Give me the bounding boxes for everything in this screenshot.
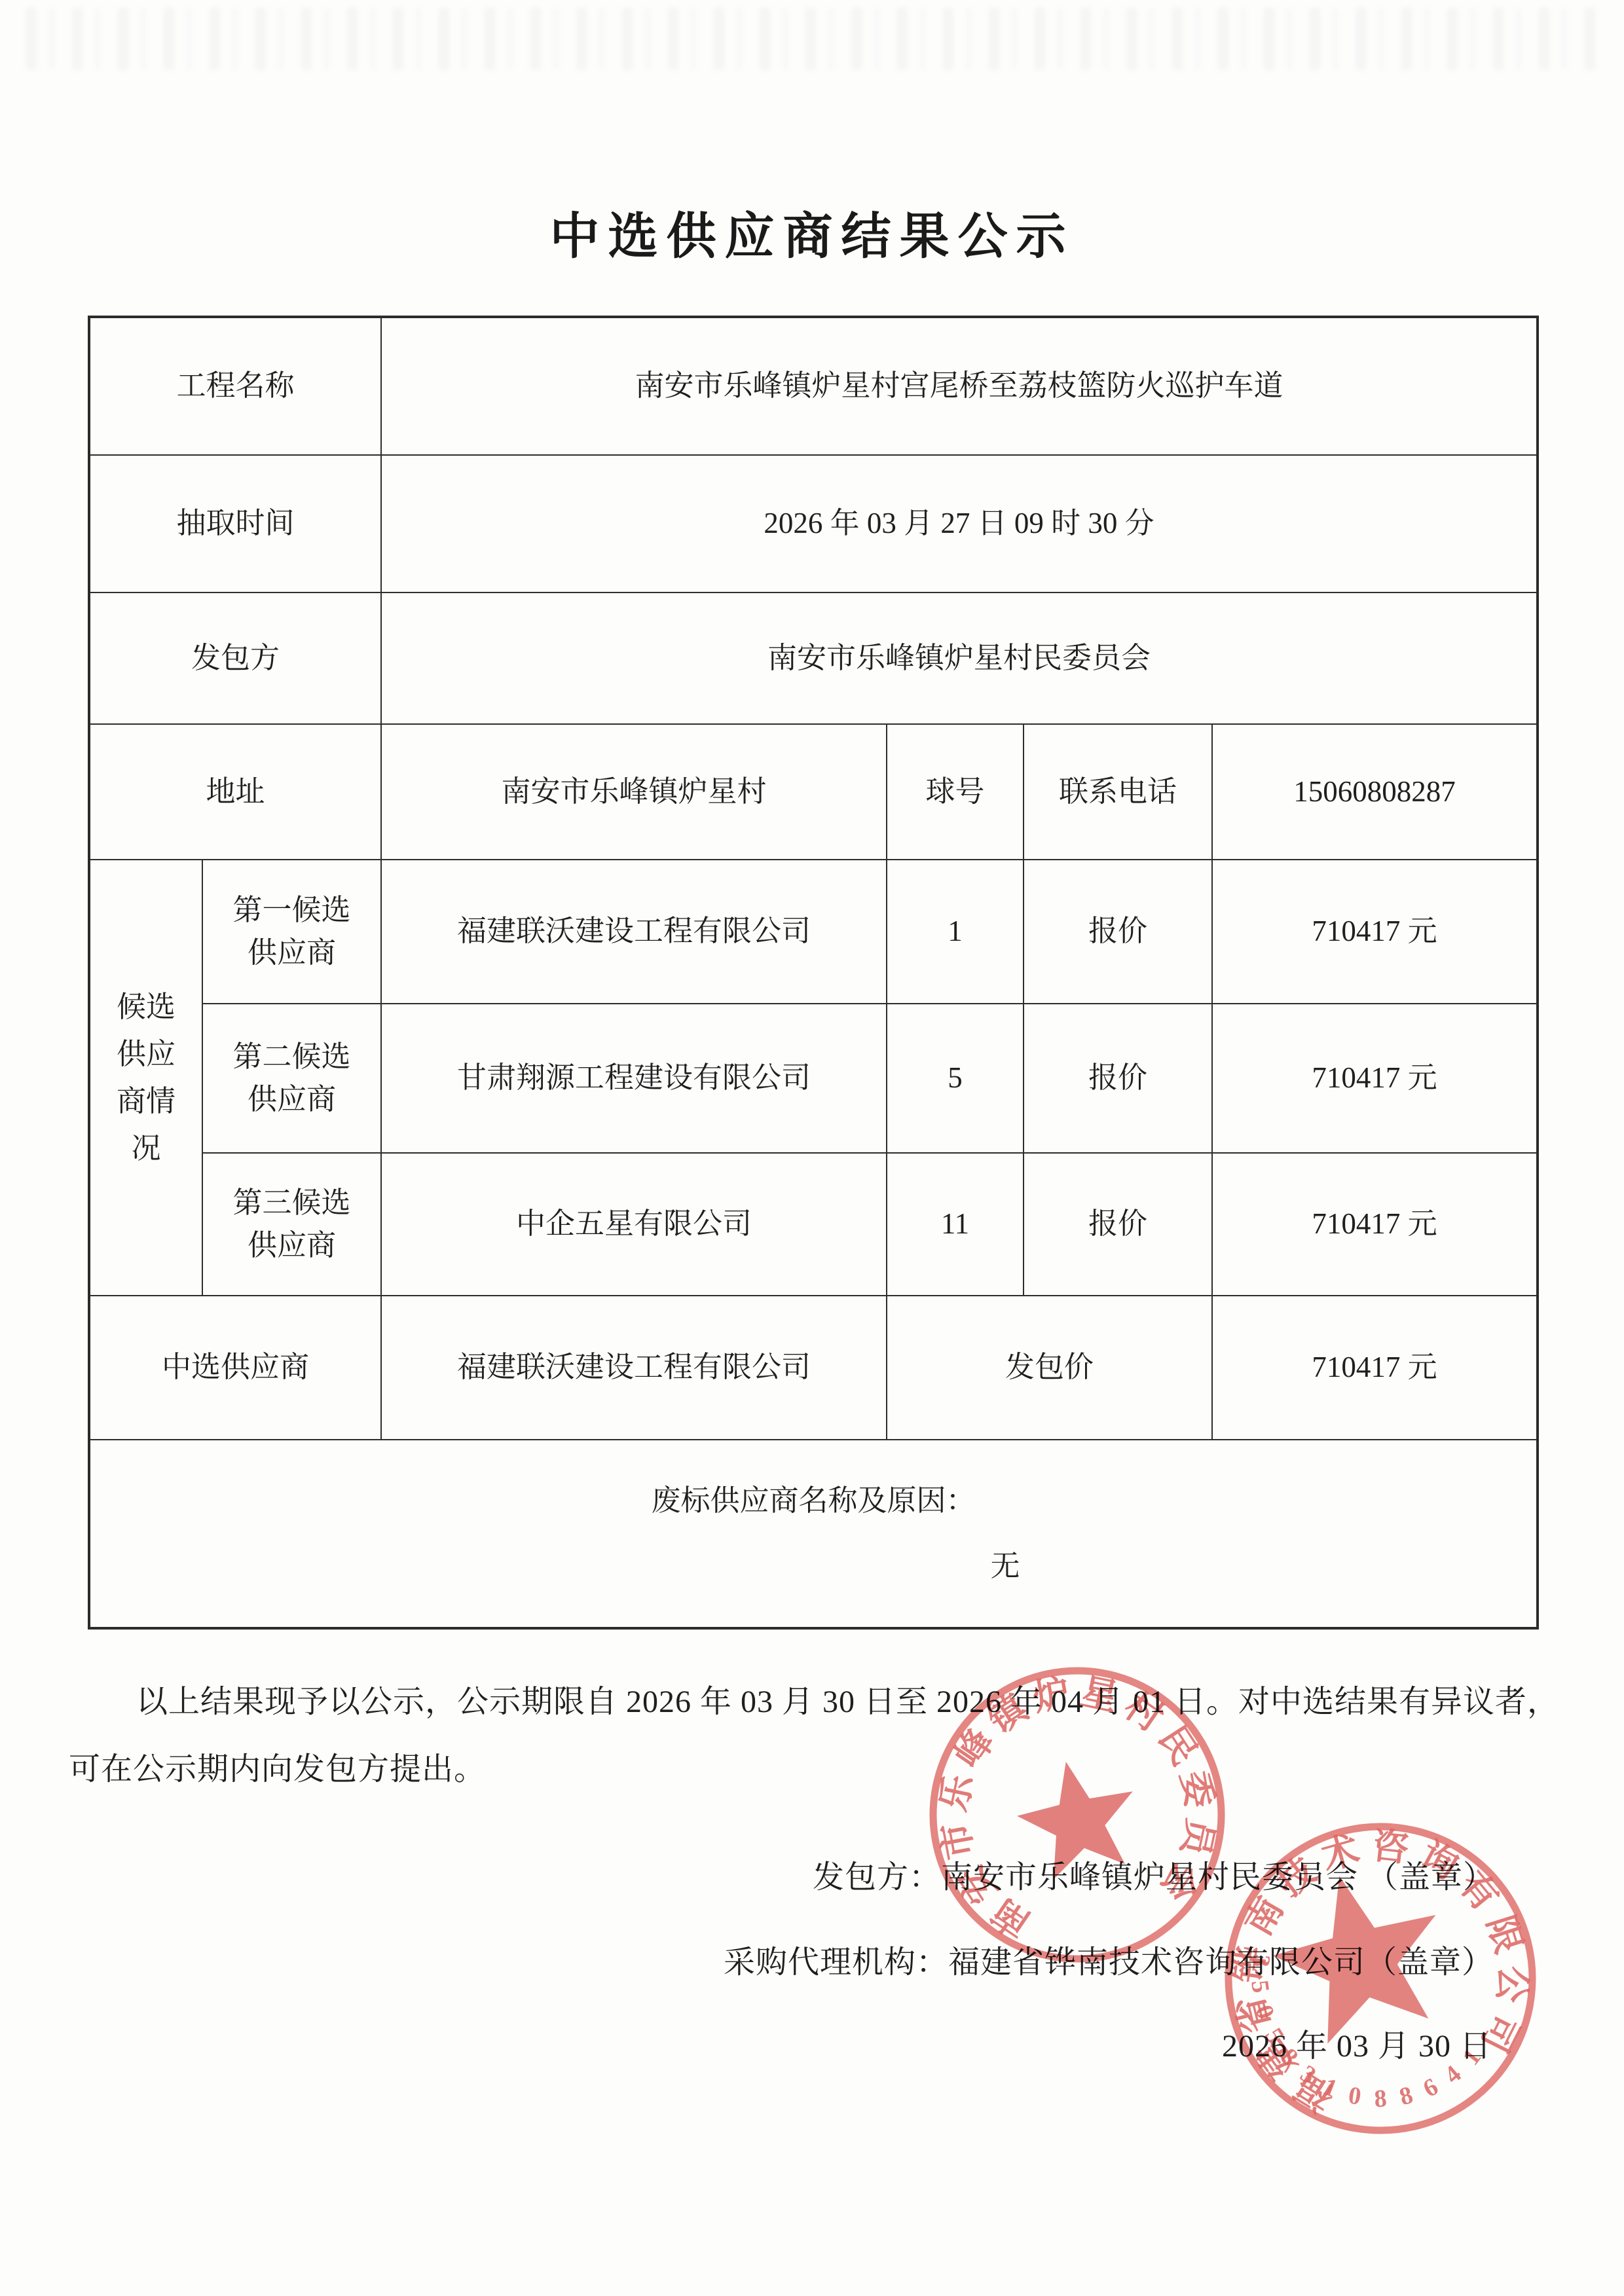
candidate-2-company: 甘肃翔源工程建设有限公司 (381, 1004, 887, 1153)
candidate-3-company: 中企五星有限公司 (381, 1153, 887, 1296)
rejected-cell: 废标供应商名称及原因： 无 (89, 1440, 1538, 1628)
table-row-selected: 中选供应商 福建联沃建设工程有限公司 发包价 710417 元 (89, 1296, 1538, 1440)
candidate-1-rank: 第一候选 供应商 (202, 860, 381, 1004)
notice-paragraph-line2: 可在公示期内向发包方提出。 (69, 1743, 486, 1789)
selected-price: 710417 元 (1212, 1296, 1538, 1440)
candidate-2-price-label: 报价 (1024, 1004, 1212, 1153)
table-row-candidate-3: 第三候选 供应商 中企五星有限公司 11 报价 710417 元 (89, 1153, 1538, 1296)
phone-label: 联系电话 (1024, 724, 1212, 860)
candidate-1-ball: 1 (887, 860, 1024, 1004)
phone-value: 15060808287 (1212, 724, 1538, 860)
result-table: 工程名称 南安市乐峰镇炉星村宫尾桥至荔枝篮防火巡护车道 抽取时间 2026 年 … (88, 316, 1539, 1630)
candidate-2-ball: 5 (887, 1004, 1024, 1153)
candidate-3-ball: 11 (887, 1153, 1024, 1296)
employer-value: 南安市乐峰镇炉星村民委员会 (381, 592, 1538, 724)
candidate-1-price-label: 报价 (1024, 860, 1212, 1004)
table-row-candidate-2: 第二候选 供应商 甘肃翔源工程建设有限公司 5 报价 710417 元 (89, 1004, 1538, 1153)
page-title: 中选供应商结果公示 (0, 196, 1624, 268)
document-page: 中选供应商结果公示 工程名称 南安市乐峰镇炉星村宫尾桥至荔枝篮防火巡护车道 抽取… (0, 0, 1624, 2296)
table-row-employer: 发包方 南安市乐峰镇炉星村民委员会 (89, 592, 1538, 724)
table-row-address: 地址 南安市乐峰镇炉星村 球号 联系电话 15060808287 (89, 724, 1538, 860)
candidate-3-rank: 第三候选 供应商 (202, 1153, 381, 1296)
employer-label: 发包方 (89, 592, 381, 724)
candidate-3-price: 710417 元 (1212, 1153, 1538, 1296)
address-value: 南安市乐峰镇炉星村 (381, 724, 887, 860)
table-row-project: 工程名称 南安市乐峰镇炉星村宫尾桥至荔枝篮防火巡护车道 (89, 317, 1538, 455)
draw-time-value: 2026 年 03 月 27 日 09 时 30 分 (381, 455, 1538, 592)
candidate-1-company: 福建联沃建设工程有限公司 (381, 860, 887, 1004)
table-row-draw-time: 抽取时间 2026 年 03 月 27 日 09 时 30 分 (89, 455, 1538, 592)
scan-bleed-through (26, 8, 1598, 70)
star-icon (1008, 1749, 1147, 1884)
draw-time-label: 抽取时间 (89, 455, 381, 592)
table-row-candidate-1: 候选供应商情况 第一候选 供应商 福建联沃建设工程有限公司 1 报价 71041… (89, 860, 1538, 1004)
candidate-3-price-label: 报价 (1024, 1153, 1212, 1296)
project-value: 南安市乐峰镇炉星村宫尾桥至荔枝篮防火巡护车道 (381, 317, 1538, 455)
selected-label: 中选供应商 (89, 1296, 381, 1440)
project-label: 工程名称 (89, 317, 381, 455)
candidate-2-price: 710417 元 (1212, 1004, 1538, 1153)
selected-company: 福建联沃建设工程有限公司 (381, 1296, 887, 1440)
candidate-1-price: 710417 元 (1212, 860, 1538, 1004)
rejected-label: 废标供应商名称及原因： (90, 1480, 1536, 1522)
rejected-value: 无 (474, 1545, 1536, 1588)
table-row-rejected: 废标供应商名称及原因： 无 (89, 1440, 1538, 1628)
address-label: 地址 (89, 724, 381, 860)
candidates-group-label: 候选供应商情况 (89, 860, 202, 1296)
selected-price-label: 发包价 (887, 1296, 1212, 1440)
ball-number-header: 球号 (887, 724, 1024, 860)
candidate-2-rank: 第二候选 供应商 (202, 1004, 381, 1153)
notice-paragraph-line1: 以上结果现予以公示，公示期限自 2026 年 03 月 30 日至 2026 年… (136, 1676, 1559, 1721)
